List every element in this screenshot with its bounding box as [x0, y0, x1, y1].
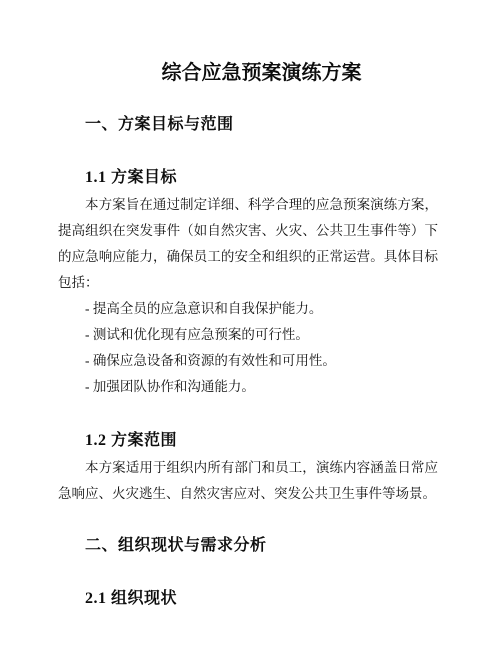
subsection-heading-1-1: 1.1 方案目标: [58, 168, 438, 188]
section-heading-1: 一、方案目标与范围: [58, 113, 438, 137]
bullet-item: - 测试和优化现有应急预案的可行性。: [58, 322, 438, 348]
paragraph-goals-intro: 本方案旨在通过制定详细、科学合理的应急预案演练方案，提高组织在突发事件（如自然灾…: [58, 192, 438, 296]
bullet-list: - 提高全员的应急意识和自我保护能力。 - 测试和优化现有应急预案的可行性。 -…: [58, 296, 438, 400]
document-page: 综合应急预案演练方案 一、方案目标与范围 1.1 方案目标 本方案旨在通过制定详…: [0, 0, 500, 647]
document-title: 综合应急预案演练方案: [58, 60, 438, 86]
paragraph-scope: 本方案适用于组织内所有部门和员工，演练内容涵盖日常应急响应、火灾逃生、自然灾害应…: [58, 455, 438, 507]
bullet-item: - 确保应急设备和资源的有效性和可用性。: [58, 348, 438, 374]
section-heading-2: 二、组织现状与需求分析: [58, 534, 438, 558]
bullet-item: - 提高全员的应急意识和自我保护能力。: [58, 296, 438, 322]
subsection-heading-2-1: 2.1 组织现状: [58, 589, 438, 609]
bullet-item: - 加强团队协作和沟通能力。: [58, 374, 438, 400]
subsection-heading-1-2: 1.2 方案范围: [58, 431, 438, 451]
